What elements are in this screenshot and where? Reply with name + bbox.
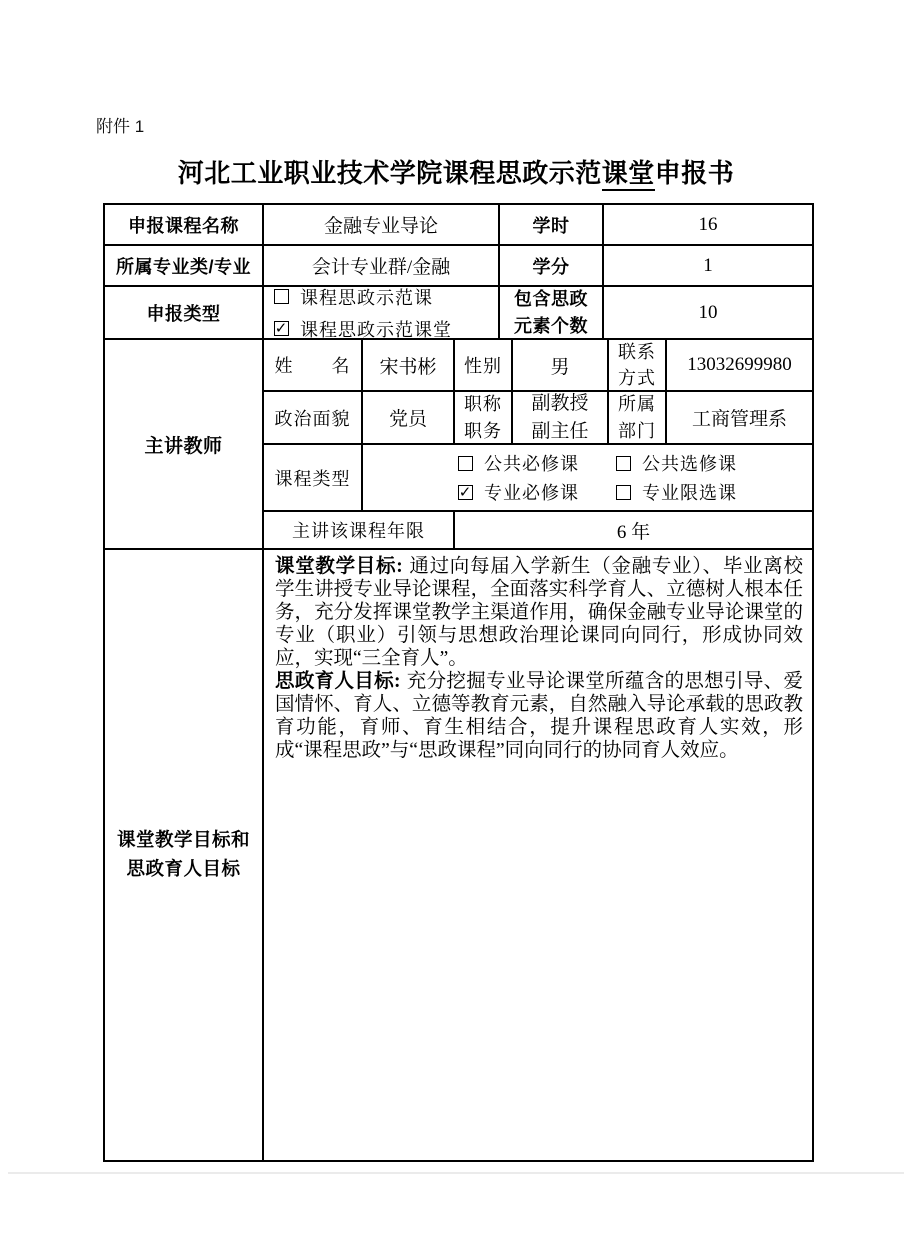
- hours-label: 学时: [500, 205, 604, 246]
- teacher-title-value: 副教授 副主任: [513, 392, 609, 445]
- teacher-name-value: 宋书彬: [363, 340, 455, 392]
- application-type-label: 申报类型: [105, 287, 264, 340]
- credits-label: 学分: [500, 246, 604, 287]
- checkbox-icon: [616, 485, 631, 500]
- checkbox-icon: ✓: [458, 485, 473, 500]
- ideological-objective-paragraph: 思政育人目标:充分挖掘专业导论课堂所蕴含的思想引导、爱国情怀、育人、立德等教育元…: [275, 670, 803, 762]
- course-name-label: 申报课程名称: [105, 205, 264, 246]
- teacher-political-label: 政治面貌: [264, 392, 363, 445]
- option-label: 课程思政示范课: [300, 287, 433, 310]
- option-label: 专业限选课: [642, 479, 737, 505]
- element-count-label: 包含思政 元素个数: [500, 287, 604, 340]
- course-type-option: 公共选修课: [616, 450, 737, 476]
- years-value: 6 年: [455, 512, 814, 550]
- option-label: 专业必修课: [484, 479, 579, 505]
- application-type-option: ✓ 课程思政示范课堂: [274, 316, 452, 341]
- checkbox-icon: [274, 289, 289, 304]
- checkbox-icon: [458, 456, 473, 471]
- teacher-political-value: 党员: [363, 392, 455, 445]
- hours-value: 16: [604, 205, 814, 246]
- title-underlined-text: 课堂: [602, 159, 655, 191]
- teaching-objective-heading: 课堂教学目标:: [275, 556, 403, 577]
- page-edge-shadow: [8, 1172, 904, 1174]
- option-label: 公共必修课: [484, 450, 579, 476]
- course-type-option: 公共必修课: [458, 450, 616, 476]
- teacher-contact-label: 联系 方式: [609, 340, 667, 392]
- teacher-title-label: 职称 职务: [455, 392, 513, 445]
- teacher-dept-value: 工商管理系: [667, 392, 814, 445]
- option-label: 课程思政示范课堂: [300, 316, 452, 341]
- element-count-value: 10: [604, 287, 814, 340]
- page-title: 河北工业职业技术学院课程思政示范课堂申报书: [0, 153, 912, 190]
- title-text-pre: 河北工业职业技术学院课程思政示范: [178, 159, 602, 188]
- course-type-option: ✓ 专业必修课: [458, 479, 616, 505]
- application-form-table: 申报课程名称 金融专业导论 学时 16 所属专业类/专业 会计专业群/金融 学分…: [103, 203, 814, 1162]
- objectives-label: 课堂教学目标和 思政育人目标: [105, 550, 264, 1162]
- option-label: 公共选修课: [642, 450, 737, 476]
- attachment-label: 附件 1: [96, 112, 144, 137]
- objectives-content: 课堂教学目标:通过向每届入学新生（金融专业）、毕业离校学生讲授专业导论课程，全面…: [264, 550, 814, 1162]
- course-type-option: 专业限选课: [616, 479, 737, 505]
- teacher-name-label: 姓 名: [264, 340, 363, 392]
- teaching-objective-paragraph: 课堂教学目标:通过向每届入学新生（金融专业）、毕业离校学生讲授专业导论课程，全面…: [275, 555, 803, 670]
- teacher-contact-value: 13032699980: [667, 340, 814, 392]
- title-text-post: 申报书: [655, 159, 735, 188]
- course-type-options: 公共必修课 公共选修课 ✓ 专业必修课 专业限选课: [363, 445, 814, 512]
- major-label: 所属专业类/专业: [105, 246, 264, 287]
- ideological-objective-heading: 思政育人目标:: [275, 671, 400, 692]
- course-name-value: 金融专业导论: [264, 205, 500, 246]
- course-type-label: 课程类型: [264, 445, 363, 512]
- application-type-options: 课程思政示范课 ✓ 课程思政示范课堂: [264, 287, 500, 340]
- application-type-option: 课程思政示范课: [274, 287, 433, 310]
- major-value: 会计专业群/金融: [264, 246, 500, 287]
- years-label: 主讲该课程年限: [264, 512, 455, 550]
- teacher-section-label: 主讲教师: [105, 340, 264, 550]
- credits-value: 1: [604, 246, 814, 287]
- checkbox-icon: [616, 456, 631, 471]
- teacher-gender-value: 男: [513, 340, 609, 392]
- teacher-dept-label: 所属 部门: [609, 392, 667, 445]
- teacher-gender-label: 性别: [455, 340, 513, 392]
- document-page: 附件 1 河北工业职业技术学院课程思政示范课堂申报书 申报课程名称 金融专业导论…: [0, 0, 912, 1244]
- checkbox-icon: ✓: [274, 321, 289, 336]
